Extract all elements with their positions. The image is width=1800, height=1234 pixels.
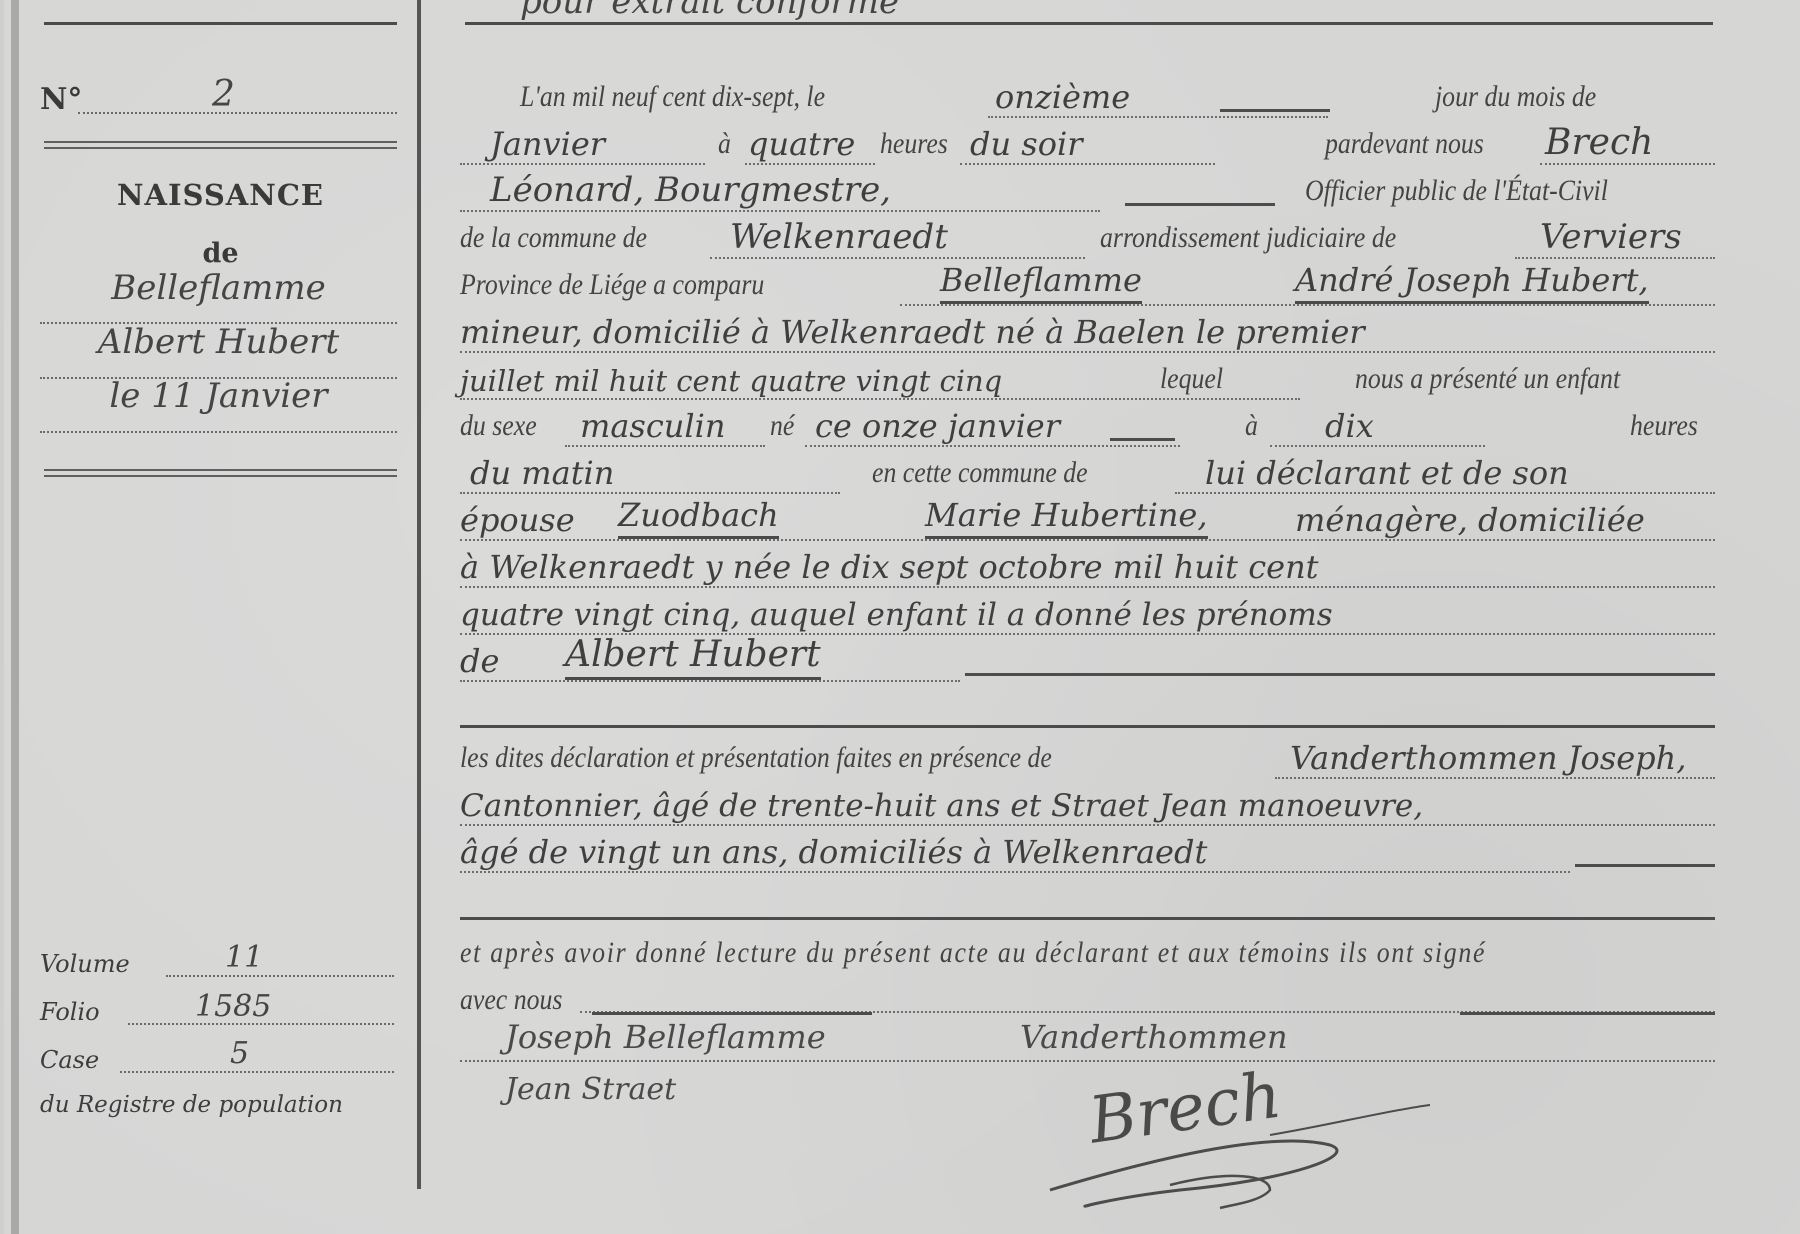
printed-ne: né (770, 409, 794, 443)
printed-witnesses: les dites déclaration et présentation fa… (460, 741, 1052, 775)
fill-line-avec-nous-1 (592, 1012, 872, 1015)
printed-heures: heures (880, 127, 948, 161)
body-line-12: quatre vingt cinq, auquel enfant il a do… (460, 589, 1715, 635)
dotted-line-7 (460, 398, 1300, 400)
register-footer: du Registre de population (40, 1092, 343, 1118)
hand-sex: masculin (580, 407, 725, 445)
number-value: 2 (212, 74, 235, 115)
dotted-witness-1 (1275, 777, 1715, 779)
top-rule-left (44, 22, 397, 25)
hand-declarant-given: André Joseph Hubert, (1295, 261, 1649, 304)
hand-birthdate: ce onze janvier (815, 407, 1060, 445)
hand-commune: Welkenraedt (730, 217, 948, 257)
hand-birth-period: du matin (470, 454, 614, 492)
hand-birth-hour: dix (1325, 407, 1374, 445)
body-line-6: mineur, domicilié à Welkenraedt né à Bae… (460, 307, 1715, 353)
case-dotted-line (120, 1071, 394, 1073)
dotted-hour (745, 163, 875, 165)
section-rule-2 (460, 917, 1715, 920)
hand-declarant-birthdate: juillet mil huit cent quatre vingt cinq (460, 364, 1002, 398)
hand-mother-surname: Zuodbach (618, 496, 779, 539)
body-line-10: épouse Zuodbach Marie Hubertine, ménagèr… (460, 495, 1715, 541)
hand-witness-details: Cantonnier, âgé de trente-huit ans et St… (460, 788, 1423, 824)
printed-heures-2: heures (1630, 409, 1698, 443)
fill-line-witness (1575, 864, 1715, 867)
case-value: 5 (230, 1036, 249, 1071)
dotted-officer (1540, 163, 1715, 165)
witness-line-3: âgé de vingt un ans, domiciliés à Welken… (460, 827, 1715, 873)
dotted-arrondissement (1515, 257, 1715, 259)
body-line-5: Province de Liége a comparu Belleflamme … (460, 260, 1715, 306)
separator-1a (44, 141, 397, 143)
dotted-line-10 (460, 539, 1715, 541)
hand-mother-occupation: ménagère, domiciliée (1295, 501, 1645, 539)
hand-arrondissement: Verviers (1540, 217, 1682, 257)
printed-closing: et après avoir donné lecture du présent … (460, 936, 1486, 970)
top-rule-main (465, 22, 1713, 25)
body-line-3: Léonard, Bourgmestre, Officier public de… (460, 166, 1715, 212)
hand-declarant-surname: Belleflamme (940, 261, 1142, 304)
separator-2b (44, 475, 397, 477)
dotted-birth-hour (1270, 445, 1485, 447)
printed-a: à (718, 127, 731, 161)
dotted-officer-2 (460, 210, 1100, 212)
top-fragment: pour extrait conforme (520, 0, 899, 22)
volume-value: 11 (225, 940, 263, 975)
subject-birth-date: le 11 Janvier (40, 376, 397, 416)
printed-sexe: du sexe (460, 409, 537, 443)
body-line-9: du matin en cette commune de lui déclara… (460, 448, 1715, 494)
heading-de: de (44, 238, 397, 269)
signature-flourish (1030, 1090, 1530, 1220)
printed-month-label: jour du mois de (1435, 80, 1596, 114)
printed-arrondissement: arrondissement judiciaire de (1100, 221, 1396, 255)
printed-officier: Officier public de l'État-Civil (1305, 174, 1608, 208)
hand-declarant-relation: lui déclarant et de son (1205, 454, 1569, 492)
hand-witness-1: Vanderthommen Joseph, (1290, 739, 1686, 777)
printed-lequel: lequel (1160, 362, 1223, 396)
dotted-day (988, 116, 1328, 118)
number-label: N° (40, 82, 82, 117)
dotted-declarant (900, 304, 1715, 306)
signature-joseph-belleflamme: Joseph Belleflamme (505, 1018, 826, 1056)
hand-day: onzième (995, 78, 1130, 116)
closing-line-2: avec nous (460, 975, 1715, 1021)
dotted-line-6 (460, 351, 1715, 353)
dotted-period-2 (460, 492, 840, 494)
folio-value: 1585 (195, 989, 271, 1024)
binding-edge (0, 0, 4, 1234)
fill-line-avec-nous-2 (1460, 1012, 1715, 1015)
dotted-period (960, 163, 1215, 165)
binding-margin (11, 0, 19, 1234)
hand-officer-surname: Brech (1545, 122, 1653, 163)
witness-line-1: les dites déclaration et présentation fa… (460, 733, 1715, 779)
dotted-line-9 (1175, 492, 1715, 494)
body-line-1: L'an mil neuf cent dix-sept, le onzième … (460, 72, 1715, 118)
case-label: Case (40, 1046, 99, 1074)
dotted-line-13 (460, 680, 960, 682)
subject-given-names: Albert Hubert (40, 322, 397, 362)
hand-mother-given: Marie Hubertine, (925, 496, 1208, 539)
hand-witness-domicile: âgé de vingt un ans, domiciliés à Welken… (460, 833, 1207, 871)
hand-child-names: Albert Hubert (565, 634, 821, 680)
folio-label: Folio (40, 998, 100, 1026)
folio-dotted-line (128, 1023, 394, 1025)
dotted-commune (710, 257, 1085, 259)
dotted-line-11 (460, 586, 1715, 588)
printed-presente: nous a présenté un enfant (1355, 362, 1620, 396)
column-divider (417, 0, 421, 1189)
hand-officer-title: Léonard, Bourgmestre, (490, 170, 891, 210)
printed-avec-nous: avec nous (460, 983, 562, 1017)
section-rule-1 (460, 725, 1715, 728)
fill-line-names (965, 673, 1715, 676)
body-line-7: juillet mil huit cent quatre vingt cinq … (460, 354, 1715, 400)
hand-mother-birth: à Welkenraedt y née le dix sept octobre … (460, 548, 1319, 586)
heading-naissance: NAISSANCE (44, 178, 397, 212)
name-dotted-3 (40, 431, 397, 433)
fill-line-day (1220, 109, 1330, 112)
witness-line-2: Cantonnier, âgé de trente-huit ans et St… (460, 780, 1715, 826)
signature-jean-straet: Jean Straet (505, 1072, 676, 1107)
volume-label: Volume (40, 950, 130, 978)
body-line-2: Janvier à quatre heures du soir pardevan… (460, 119, 1715, 165)
hand-hour: quatre (748, 125, 855, 163)
printed-commune: de la commune de (460, 221, 647, 255)
body-line-11: à Welkenraedt y née le dix sept octobre … (460, 542, 1715, 588)
printed-province: Province de Liége a comparu (460, 268, 764, 302)
number-dotted-line (78, 112, 397, 114)
printed-en-cette-commune: en cette commune de (872, 456, 1088, 490)
printed-pardevant: pardevant nous (1325, 127, 1484, 161)
hand-declarant-details: mineur, domicilié à Welkenraedt né à Bae… (460, 313, 1365, 351)
body-line-13: de Albert Hubert (460, 636, 1715, 682)
volume-dotted-line (166, 975, 394, 977)
closing-line-1: et après avoir donné lecture du présent … (460, 928, 1715, 974)
subject-surname: Belleflamme (40, 268, 397, 308)
separator-2a (44, 469, 397, 471)
hand-month: Janvier (490, 125, 605, 163)
hand-period: du soir (970, 125, 1082, 163)
signature-vanderthommen: Vanderthommen (1020, 1018, 1288, 1056)
hand-epouse: épouse (460, 501, 575, 539)
signature-dotted-line (460, 1060, 1715, 1062)
printed-intro: L'an mil neuf cent dix-sept, le (520, 80, 825, 114)
dotted-sex (565, 445, 765, 447)
separator-1b (44, 147, 397, 149)
body-line-4: de la commune de Welkenraedt arrondissem… (460, 213, 1715, 259)
dotted-birthdate (805, 445, 1180, 447)
dotted-witness-3 (460, 871, 1570, 873)
body-line-8: du sexe masculin né ce onze janvier à di… (460, 401, 1715, 447)
printed-a-2: à (1245, 409, 1258, 443)
fill-line-officer (1125, 203, 1275, 206)
fill-line-birthdate (1110, 438, 1175, 441)
dotted-witness-2 (460, 824, 1715, 826)
hand-de: de (460, 642, 499, 680)
dotted-month (460, 163, 705, 165)
hand-mother-birth-cont: quatre vingt cinq, auquel enfant il a do… (460, 597, 1333, 633)
